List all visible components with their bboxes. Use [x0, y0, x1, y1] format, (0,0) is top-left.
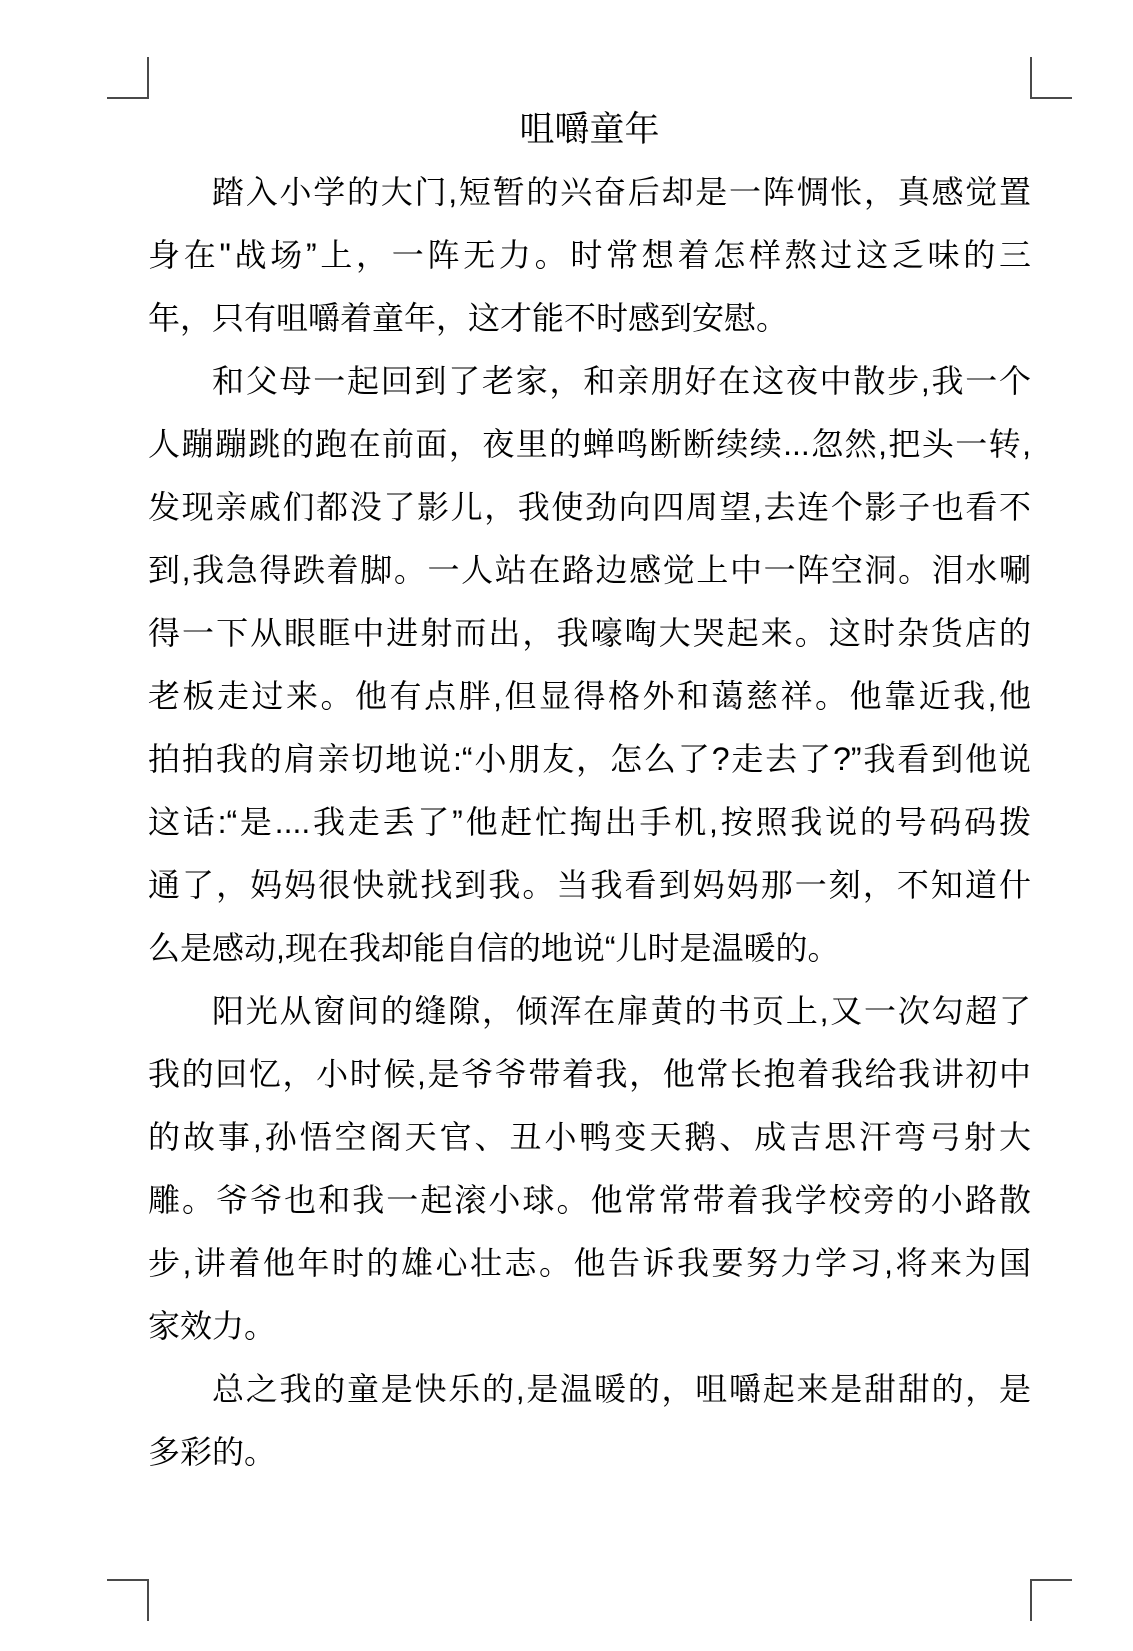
crop-mark-top-left: [107, 57, 149, 99]
paragraph-line: 得一下从眼眶中进射而出，我嚎啕大哭起来。这时杂货店的: [148, 602, 1031, 665]
paragraph-line: 发现亲戚们都没了影儿，我使劲向四周望,去连个影子也看不: [148, 476, 1031, 539]
paragraph-line: 身在"战场”上，一阵无力。时常想着怎样熬过这乏味的三: [148, 224, 1031, 287]
paragraph-line: 么是感动,现在我却能自信的地说“儿时是温暖的。: [148, 917, 1031, 980]
paragraph-line: 多彩的。: [148, 1421, 1031, 1484]
paragraphs: 踏入小学的大门,短暂的兴奋后却是一阵惆怅，真感觉置身在"战场”上，一阵无力。时常…: [148, 161, 1031, 1484]
paragraph-line: 年，只有咀嚼着童年，这才能不时感到安慰。: [148, 287, 1031, 350]
crop-mark-top-right: [1030, 57, 1072, 99]
paragraph-line: 总之我的童是快乐的,是温暖的，咀嚼起来是甜甜的，是: [148, 1358, 1031, 1421]
paragraph-line: 通了，妈妈很快就找到我。当我看到妈妈那一刻，不知道什: [148, 854, 1031, 917]
document-page: 咀嚼童年 踏入小学的大门,短暂的兴奋后却是一阵惆怅，真感觉置身在"战场”上，一阵…: [0, 0, 1133, 1651]
paragraph-line: 步,讲着他年时的雄心壮志。他告诉我要努力学习,将来为国: [148, 1232, 1031, 1295]
paragraph-line: 老板走过来。他有点胖,但显得格外和蔼慈祥。他靠近我,他: [148, 665, 1031, 728]
paragraph-line: 雕。爷爷也和我一起滚小球。他常常带着我学校旁的小路散: [148, 1169, 1031, 1232]
paragraph-line: 到,我急得跌着脚。一人站在路边感觉上中一阵空洞。泪水唰: [148, 539, 1031, 602]
paragraph-line: 和父母一起回到了老家，和亲朋好在这夜中散步,我一个: [148, 350, 1031, 413]
paragraph-line: 人蹦蹦跳的跑在前面，夜里的蝉鸣断断续续...忽然,把头一转,: [148, 413, 1031, 476]
paragraph-line: 阳光从窗间的缝隙，倾浑在扉黄的书页上,又一次勾超了: [148, 980, 1031, 1043]
crop-mark-bottom-left: [107, 1579, 149, 1621]
paragraph-line: 我的回忆，小时候,是爷爷带着我，他常长抱着我给我讲初中: [148, 1043, 1031, 1106]
document-title: 咀嚼童年: [148, 98, 1031, 161]
text-area: 咀嚼童年 踏入小学的大门,短暂的兴奋后却是一阵惆怅，真感觉置身在"战场”上，一阵…: [148, 98, 1031, 1484]
paragraph-line: 家效力。: [148, 1295, 1031, 1358]
paragraph-line: 拍拍我的肩亲切地说:“小朋友，怎么了?走去了?”我看到他说: [148, 728, 1031, 791]
crop-mark-bottom-right: [1030, 1579, 1072, 1621]
paragraph-line: 踏入小学的大门,短暂的兴奋后却是一阵惆怅，真感觉置: [148, 161, 1031, 224]
paragraph-line: 的故事,孙悟空阁天官、丑小鸭变天鹅、成吉思汗弯弓射大: [148, 1106, 1031, 1169]
paragraph-line: 这话:“是....我走丢了”他赶忙掏出手机,按照我说的号码码拨: [148, 791, 1031, 854]
